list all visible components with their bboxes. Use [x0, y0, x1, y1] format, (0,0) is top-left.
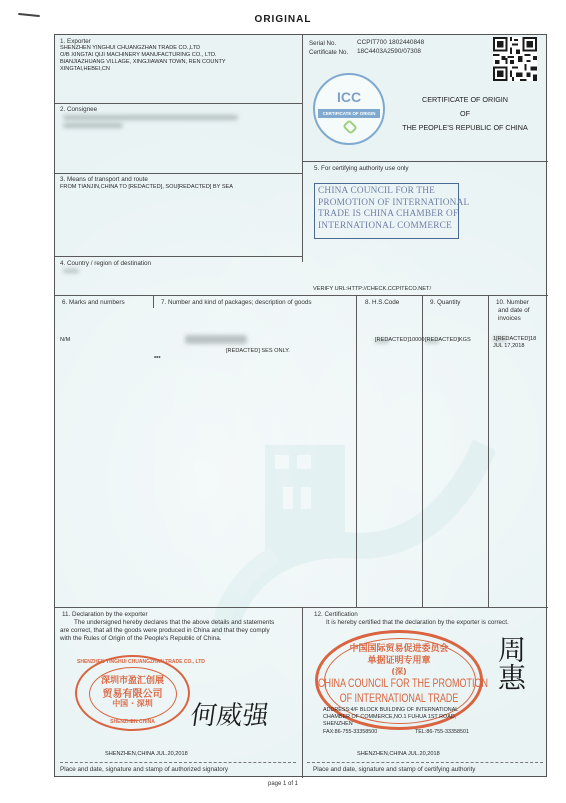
ccpit-stamp-line-3: TRADE IS CHINA CHAMBER OF: [318, 209, 455, 221]
col-header-hs-code: 8. H.S.Code: [365, 299, 399, 307]
exporter-line-4: XINGTAI,HEBEI,CN: [60, 66, 110, 73]
description-terminator: ***: [154, 356, 161, 363]
declaration-footer: Place and date, signature and stamp of a…: [60, 766, 228, 774]
certification-tel: TEL:86-755-33358501: [415, 729, 469, 736]
declaration-label: 11. Declaration by the exporter: [62, 611, 148, 619]
ccpit-stamp-line-2: PROMOTION OF INTERNATIONAL: [318, 198, 455, 210]
exporter-stamp-cn-3: 中国 · 深圳: [77, 698, 188, 709]
ccpit-stamp-line-1: CHINA COUNCIL FOR THE: [318, 186, 455, 198]
certificate-heading-line-1: CERTIFICATE OF ORIGIN: [385, 95, 545, 104]
col-header-invoice-1: 10. Number: [496, 299, 529, 307]
ccpit-stamp-line-4: INTERNATIONAL COMMERCE: [318, 221, 455, 233]
certification-footer: Place and date, signature and stamp of c…: [313, 766, 475, 774]
consignee-redacted-line-2: [63, 123, 123, 128]
ccpit-stamp-en-1: CHINA COUNCIL FOR THE PROMOTION: [318, 677, 480, 690]
wcf-leaf-icon: [342, 119, 358, 135]
declaration-text-2: are correct, that all the goods were pro…: [60, 627, 270, 635]
invoice-date: JUL 17,2018: [493, 343, 525, 350]
great-wall-watermark-icon: [215, 425, 495, 635]
certificate-heading-line-3: THE PEOPLE'S REPUBLIC OF CHINA: [385, 123, 545, 132]
verify-url[interactable]: VERIFY URL:HTTP://CHECK.CCPITECO.NET/: [313, 286, 431, 293]
consignee-label: 2. Consignee: [60, 106, 97, 114]
ccpit-stamp-cn-2: 单据证明专用章: [318, 653, 480, 666]
certifying-authority-label: 5. For certifying authority use only: [314, 165, 409, 173]
icc-seal: ICC CERTIFICATE OF ORIGIN: [313, 73, 385, 145]
ccpit-stamp-cn-3: (深): [318, 666, 480, 677]
marks-value: N/M: [60, 337, 70, 344]
consignee-redacted-line-1: [63, 115, 238, 120]
certification-fax: FAX:86-755-33358500: [323, 729, 377, 736]
qr-code-icon[interactable]: [493, 37, 537, 81]
certification-label: 12. Certification: [314, 611, 358, 619]
col-header-description: 7. Number and kind of packages; descript…: [161, 299, 312, 307]
certifier-signature: 周惠: [495, 635, 525, 691]
exporter-signature: 何威强: [188, 695, 271, 732]
destination-redacted: [63, 269, 79, 273]
declaration-place-date: SHENZHEN,CHINA JUL.20,2018: [105, 751, 188, 758]
invoice-number: 1[redacted]18: [493, 336, 536, 343]
col-header-quantity: 9. Quantity: [430, 299, 460, 307]
col-header-invoice-2: and date of: [498, 307, 530, 315]
serial-number-value: CCPIT700 1802440848: [357, 39, 424, 46]
exporter-line-2: O/B XINGTAI QIJI MACHINERY MANUFACTURING…: [60, 52, 217, 59]
certificate-number-label: Certificate No.: [309, 49, 348, 56]
exporter-line-1: SHENZHEN YINGHUI CHUANGZHAN TRADE CO.,LT…: [60, 45, 200, 52]
page-indicator: page 1 of 1: [0, 781, 566, 787]
certificate-form: 1. Exporter SHENZHEN YINGHUI CHUANGZHAN …: [54, 34, 547, 777]
certification-address-2: CHAMBER OF COMMERCE,NO.1 FUHUA 1ST ROAD,: [323, 714, 456, 721]
exporter-company-stamp: SHENZHEN YINGHUI CHUANGZHAN TRADE CO., L…: [75, 655, 190, 731]
icc-logo: ICC: [315, 89, 383, 105]
certification-text: It is hereby certified that the declarat…: [326, 619, 509, 627]
serial-number-label: Serial No.: [309, 40, 336, 47]
ccpit-stamp: CHINA COUNCIL FOR THE PROMOTION OF INTER…: [314, 183, 459, 239]
certificate-number-value: 18C4403A2590/07308: [357, 48, 421, 55]
certification-address-3: SHENZHEN: [323, 721, 353, 728]
description-value: [redacted] SES ONLY.: [226, 348, 290, 355]
ccpit-stamp-en-2: OF INTERNATIONAL TRADE: [318, 692, 480, 705]
quantity-value: [redacted]KGS: [425, 337, 471, 344]
hs-code-value: [redacted]10000: [375, 337, 424, 344]
certification-place-date: SHENZHEN,CHINA JUL.20,2018: [357, 751, 440, 758]
col-header-invoice-3: invoices: [498, 315, 521, 323]
description-redacted: [185, 335, 247, 344]
declaration-text-1: The undersigned hereby declares that the…: [74, 619, 274, 627]
exporter-stamp-ring-text: SHENZHEN YINGHUI CHUANGZHAN TRADE CO., L…: [77, 659, 188, 665]
destination-label: 4. Country / region of destination: [60, 260, 151, 268]
transport-label: 3. Means of transport and route: [60, 176, 148, 184]
icc-band-text: CERTIFICATE OF ORIGIN: [318, 109, 380, 118]
document-title: ORIGINAL: [0, 14, 566, 25]
declaration-text-3: with the Rules of Origin of the People's…: [60, 635, 222, 643]
certification-address-1: ADDRESS:4/F BLOCK BUILDING OF INTERNATIO…: [323, 707, 458, 714]
exporter-stamp-bottom-text: SHENZHEN CHINA: [77, 719, 188, 725]
transport-route: FROM TIANJIN,CHINA TO [redacted], SOU[re…: [60, 184, 233, 191]
col-header-marks: 6. Marks and numbers: [62, 299, 125, 307]
exporter-line-3: BIANJIAZHUANG VILLAGE, XINGJIAWAN TOWN, …: [60, 59, 226, 66]
certificate-heading-line-2: OF: [385, 109, 545, 118]
